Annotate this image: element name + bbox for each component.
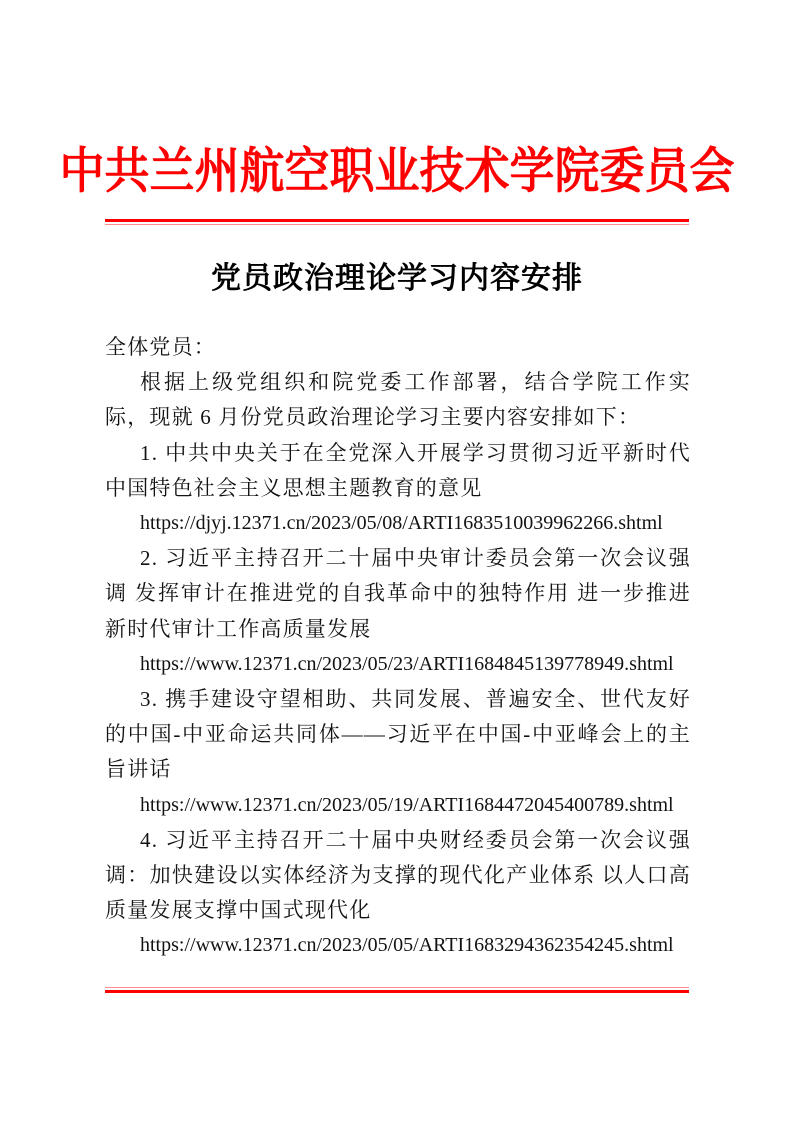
intro-paragraph: 根据上级党组织和院党委工作部署，结合学院工作实际，现就 6 月份党员政治理论学习…	[105, 365, 691, 435]
study-item-4-title: 4. 习近平主持召开二十届中央财经委员会第一次会议强调：加快建设以实体经济为支撑…	[105, 823, 691, 929]
document-page: 中共兰州航空职业技术学院委员会 党员政治理论学习内容安排 全体党员： 根据上级党…	[0, 0, 794, 1123]
study-item-2-title: 2. 习近平主持召开二十届中央审计委员会第一次会议强调 发挥审计在推进党的自我革…	[105, 541, 691, 647]
header-separator-thin-line	[105, 224, 689, 225]
salutation: 全体党员：	[105, 330, 691, 365]
header-separator-thick-line	[105, 219, 689, 222]
study-item-1-title: 1. 中共中央关于在全党深入开展学习贯彻习近平新时代中国特色社会主义思想主题教育…	[105, 436, 691, 506]
study-item-3-url: https://www.12371.cn/2023/05/19/ARTI1684…	[105, 788, 691, 823]
letterhead-org-name: 中共兰州航空职业技术学院委员会	[0, 138, 794, 205]
document-body: 全体党员： 根据上级党组织和院党委工作部署，结合学院工作实际，现就 6 月份党员…	[105, 330, 691, 964]
study-item-4-url: https://www.12371.cn/2023/05/05/ARTI1683…	[105, 928, 691, 963]
footer-separator	[105, 987, 689, 993]
footer-separator-thick-line	[105, 990, 689, 993]
header-separator	[105, 219, 689, 225]
footer-separator-thin-line	[105, 987, 689, 988]
document-title: 党员政治理论学习内容安排	[0, 257, 794, 301]
study-item-2-url: https://www.12371.cn/2023/05/23/ARTI1684…	[105, 647, 691, 682]
study-item-1-url: https://djyj.12371.cn/2023/05/08/ARTI168…	[105, 506, 691, 541]
study-item-3-title: 3. 携手建设守望相助、共同发展、普遍安全、世代友好的中国-中亚命运共同体——习…	[105, 682, 691, 788]
